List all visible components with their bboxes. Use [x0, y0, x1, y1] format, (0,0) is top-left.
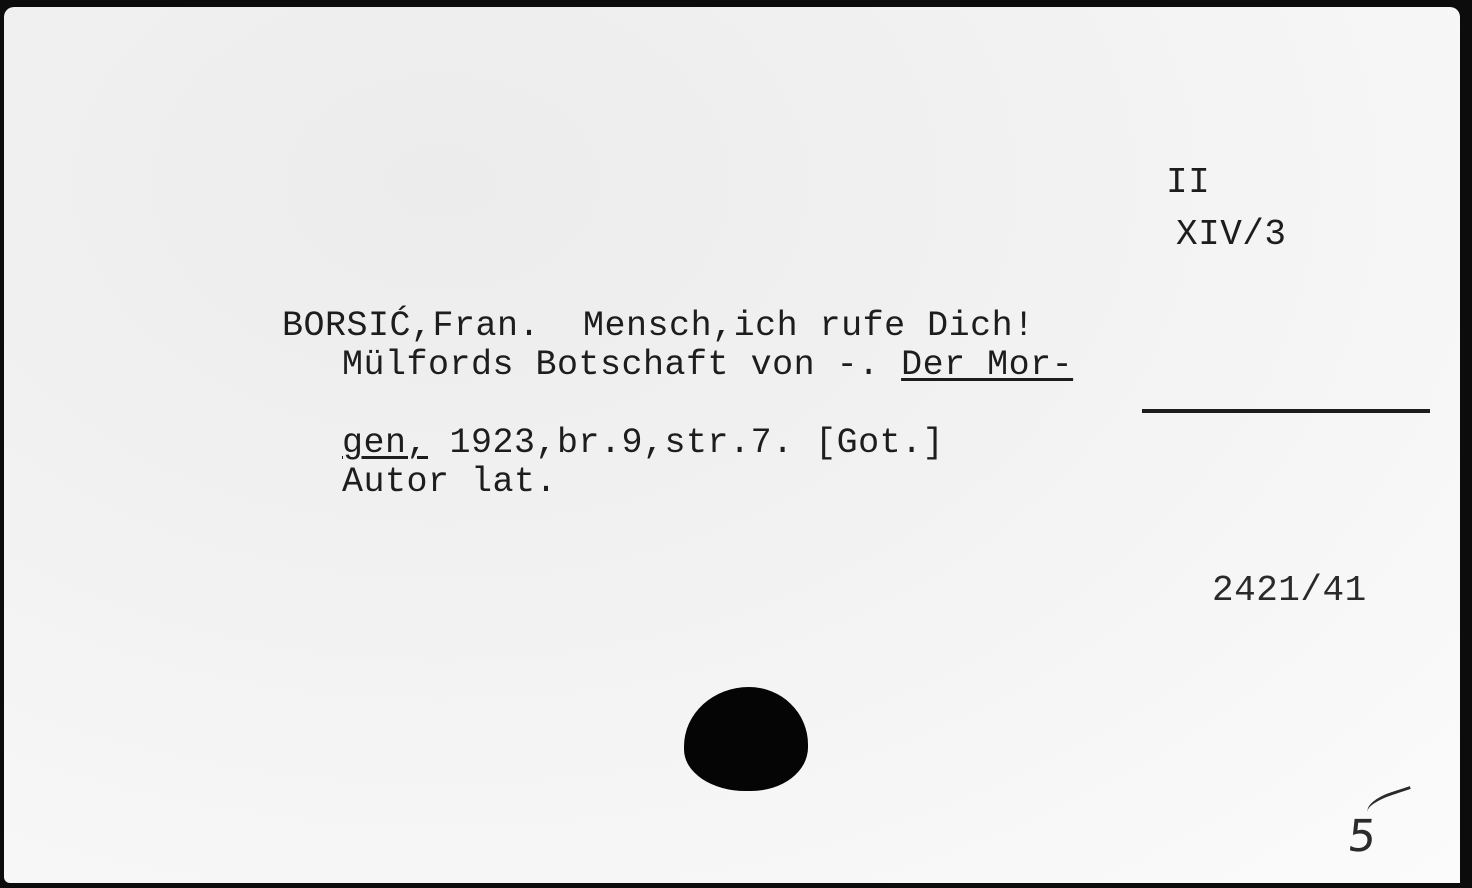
periodical-title-part-2: gen,	[342, 423, 428, 463]
entry-heading: BORSIĆ,Fran. Mensch,ich rufe Dich!	[282, 307, 1035, 346]
entry-line-2: Mülfords Botschaft von -. Der Mor-	[342, 346, 1073, 385]
periodical-underline	[1142, 409, 1430, 413]
citation-details: 1923,br.9,str.7. [Got.]	[428, 423, 944, 463]
entry-subtitle: Mülfords Botschaft von -.	[342, 345, 901, 385]
call-number-line-1: II	[1166, 163, 1210, 203]
entry-line-3: gen, 1923,br.9,str.7. [Got.]	[342, 424, 944, 463]
call-number-line-2: XIV/3	[1176, 215, 1287, 255]
accession-number: 2421/41	[1212, 571, 1367, 611]
catalog-card: II XIV/3 BORSIĆ,Fran. Mensch,ich rufe Di…	[4, 7, 1460, 883]
punch-hole	[684, 687, 808, 791]
entry-note: Autor lat.	[342, 463, 557, 502]
handwritten-number: 5	[1346, 815, 1379, 859]
periodical-title-part-1: Der Mor-	[901, 345, 1073, 385]
